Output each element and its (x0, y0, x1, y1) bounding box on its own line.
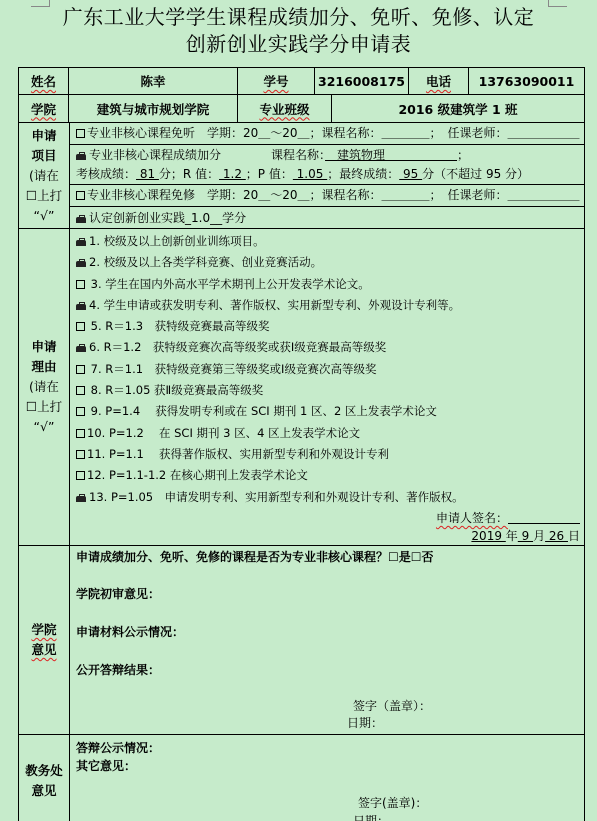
checkbox-empty-icon[interactable] (76, 322, 85, 331)
phone-label: 电话 (426, 72, 451, 90)
items-note-3: “√” (34, 206, 55, 226)
date-month[interactable]: 9 (518, 529, 533, 543)
score-value[interactable]: 81 (136, 167, 159, 181)
checked-icon[interactable] (76, 240, 86, 246)
checked-icon[interactable] (76, 217, 86, 223)
college-label-cell: 学院 (19, 95, 69, 122)
initial-review-label: 学院初审意见： (70, 585, 160, 602)
student-id-value-cell[interactable]: 3216008175 (315, 68, 409, 94)
application-form-table: 姓名 陈幸 学号 3216008175 电话 13763090011 学院 建筑… (18, 67, 585, 821)
date-year[interactable]: 2019 (471, 529, 505, 543)
office-date-label: 日期： (353, 812, 389, 821)
course-name-value[interactable]: 建筑物理 (325, 148, 457, 162)
college-date-label: 日期： (347, 714, 383, 731)
college-opinion-label-cell: 学院 意见 (19, 546, 70, 734)
reasons-note-1: (请在 (29, 377, 59, 397)
class-label-cell: 专业班级 (238, 95, 332, 122)
student-id-value: 3216008175 (318, 74, 405, 89)
checkbox-empty-icon[interactable] (76, 450, 85, 459)
class-value-cell[interactable]: 2016 级建筑学 1 班 (332, 95, 584, 122)
info-row-1: 姓名 陈幸 学号 3216008175 电话 13763090011 (19, 68, 584, 95)
reason-item-4[interactable]: 4. 学生申请或获发明专利、著作版权、实用新型专利、外观设计专利等。 (70, 295, 584, 316)
name-value: 陈幸 (140, 72, 165, 90)
reason-item-2[interactable]: 2. 校级及以上各类学科竞赛、创业竞赛活动。 (70, 252, 584, 273)
form-title: 广东工业大学学生课程成绩加分、免听、免修、认定 创新创业实践学分申请表 (0, 4, 597, 58)
checkbox-empty-icon[interactable] (76, 280, 85, 289)
checkbox-empty-icon[interactable] (76, 191, 85, 200)
signature-line[interactable] (508, 523, 580, 524)
reason-item-1[interactable]: 1. 校级及以上创新创业训练项目。 (70, 231, 584, 252)
college-signature-label: 签字（盖章）： (353, 697, 431, 714)
checked-icon[interactable] (76, 496, 86, 502)
defense-publicity-label: 答辩公示情况： (70, 739, 160, 756)
academic-office-row: 教务处 意见 答辩公示情况： 其它意见： 签字(盖章)： 日期： (19, 735, 584, 821)
info-row-2: 学院 建筑与城市规划学院 专业班级 2016 级建筑学 1 班 (19, 95, 584, 123)
item-innovation-credit[interactable]: 认定创新创业实践_1.0__学分 (70, 207, 584, 229)
reasons-label-cell: 申请 理由 (请在 ☐上打 “√” (19, 229, 70, 545)
checkbox-empty-icon[interactable] (76, 471, 85, 480)
college-opinion-label-2: 意见 (31, 640, 56, 660)
application-items-row: 申请 项目 (请在 ☐上打 “√” 专业非核心课程免听 学期：20＿～20＿；课… (19, 123, 584, 229)
college-value-cell[interactable]: 建筑与城市规划学院 (69, 95, 238, 122)
reason-item-8[interactable]: 8. R＝1.05 获Ⅱ级竞赛最高等级奖 (70, 380, 584, 401)
academic-office-label-1: 教务处 (25, 761, 63, 781)
name-label: 姓名 (31, 72, 56, 90)
date-day[interactable]: 26 (545, 529, 568, 543)
college-opinion-row: 学院 意见 申请成绩加分、免听、免修的课程是否为专业非核心课程？☐是☐否 学院初… (19, 546, 584, 735)
items-note-2: ☐上打 (26, 186, 62, 206)
phone-value-cell[interactable]: 13763090011 (469, 68, 584, 94)
checkbox-empty-icon[interactable] (76, 407, 85, 416)
item-exempt-attendance[interactable]: 专业非核心课程免听 学期：20＿～20＿；课程名称：＿＿＿＿； 任课老师：＿＿＿… (70, 123, 584, 145)
name-label-cell: 姓名 (19, 68, 69, 94)
college-opinion-content-cell[interactable]: 申请成绩加分、免听、免修的课程是否为专业非核心课程？☐是☐否 学院初审意见： 申… (70, 546, 584, 734)
reasons-label-2: 理由 (31, 357, 56, 377)
signature-label: 申请人签名： (436, 511, 508, 525)
items-label-1: 申请 (31, 126, 56, 146)
name-value-cell[interactable]: 陈幸 (69, 68, 238, 94)
phone-value: 13763090011 (479, 74, 575, 89)
application-date: 2019 年 9 月 26 日 (471, 527, 580, 544)
reason-item-9[interactable]: 9. P=1.4 获得发明专利或在 SCI 期刊 1 区、2 区上发表学术论文 (70, 401, 584, 422)
application-reasons-row: 申请 理由 (请在 ☐上打 “√” 1. 校级及以上创新创业训练项目。 2. 校… (19, 229, 584, 546)
reasons-note-2: ☐上打 (26, 397, 62, 417)
publicity-label: 申请材料公示情况： (70, 623, 184, 640)
college-value: 建筑与城市规划学院 (97, 100, 210, 118)
r-value[interactable]: 1.2 (219, 167, 246, 181)
items-note-1: (请在 (29, 166, 59, 186)
reason-item-12[interactable]: 12. P=1.1-1.2 在核心期刊上发表学术论文 (70, 465, 584, 486)
reason-item-13[interactable]: 13. P=1.05 申请发明专利、实用新型专利和外观设计专利、著作版权。 (70, 487, 584, 508)
reasons-content-cell: 1. 校级及以上创新创业训练项目。 2. 校级及以上各类学科竞赛、创业竞赛活动。… (70, 229, 584, 545)
reason-item-3[interactable]: 3. 学生在国内外高水平学术期刊上公开发表学术论文。 (70, 274, 584, 295)
reasons-label-1: 申请 (31, 337, 56, 357)
class-value: 2016 级建筑学 1 班 (398, 100, 517, 118)
core-course-question[interactable]: 申请成绩加分、免听、免修的课程是否为专业非核心课程？☐是☐否 (70, 548, 434, 565)
applicant-signature[interactable]: 申请人签名： (436, 509, 580, 526)
checked-icon[interactable] (76, 346, 86, 352)
class-label: 专业班级 (259, 100, 309, 118)
p-value[interactable]: 1.05 (293, 167, 327, 181)
checked-icon[interactable] (76, 304, 86, 310)
item-grade-bonus[interactable]: 专业非核心课程成绩加分课程名称： 建筑物理 ； 考核成绩： 81 分；R 值： … (70, 145, 584, 185)
reasons-note-3: “√” (34, 417, 55, 437)
checkbox-empty-icon[interactable] (76, 365, 85, 374)
checked-icon[interactable] (76, 154, 86, 160)
reason-item-5[interactable]: 5. R＝1.3 获特级竞赛最高等级奖 (70, 316, 584, 337)
item-exempt-course[interactable]: 专业非核心课程免修 学期：20＿～20＿；课程名称：＿＿＿＿； 任课老师：＿＿＿… (70, 185, 584, 207)
checkbox-empty-icon[interactable] (76, 129, 85, 138)
student-id-label-cell: 学号 (238, 68, 315, 94)
final-score-value[interactable]: 95 (399, 167, 422, 181)
checked-icon[interactable] (76, 261, 86, 267)
form-title-line1: 广东工业大学学生课程成绩加分、免听、免修、认定 (0, 4, 597, 31)
reason-item-7[interactable]: 7. R＝1.1 获特级竞赛第三等级奖或Ⅰ级竞赛次高等级奖 (70, 359, 584, 380)
reason-item-10[interactable]: 10. P=1.2 在 SCI 期刊 3 区、4 区上发表学术论文 (70, 423, 584, 444)
form-title-line2: 创新创业实践学分申请表 (0, 31, 597, 58)
other-opinion-label: 其它意见： (70, 757, 136, 774)
items-label-cell: 申请 项目 (请在 ☐上打 “√” (19, 123, 70, 228)
items-content-cell: 专业非核心课程免听 学期：20＿～20＿；课程名称：＿＿＿＿； 任课老师：＿＿＿… (70, 123, 584, 228)
phone-label-cell: 电话 (409, 68, 469, 94)
academic-office-content-cell[interactable]: 答辩公示情况： 其它意见： 签字(盖章)： 日期： (70, 735, 584, 821)
academic-office-label-cell: 教务处 意见 (19, 735, 70, 821)
office-signature-label: 签字(盖章)： (358, 794, 427, 811)
academic-office-label-2: 意见 (31, 781, 56, 801)
checkbox-empty-icon[interactable] (76, 386, 85, 395)
college-label: 学院 (31, 100, 56, 118)
reason-item-6[interactable]: 6. R＝1.2 获特级竞赛次高等级奖或获Ⅰ级竞赛最高等级奖 (70, 337, 584, 358)
student-id-label: 学号 (263, 72, 288, 90)
college-opinion-label-1: 学院 (31, 620, 56, 640)
defense-result-label: 公开答辩结果： (70, 661, 160, 678)
items-label-2: 项目 (31, 146, 56, 166)
reason-item-11[interactable]: 11. P=1.1 获得著作版权、实用新型专利和外观设计专利 (70, 444, 584, 465)
checkbox-empty-icon[interactable] (76, 429, 85, 438)
